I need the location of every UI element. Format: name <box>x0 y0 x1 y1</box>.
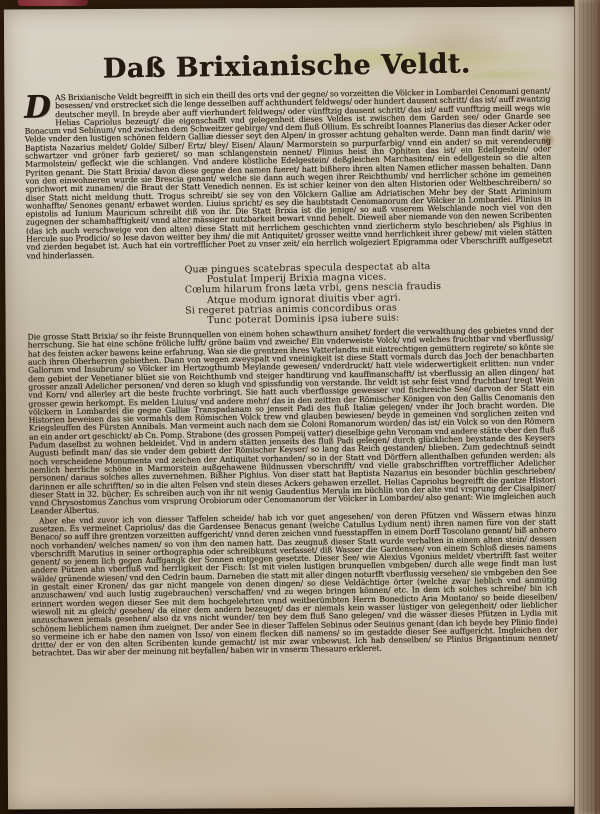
body-paragraph: Die grosse Statt Brixia/ so ihr feiste B… <box>27 326 555 516</box>
paper-stain <box>68 698 268 789</box>
stacked-page-edges <box>574 0 600 814</box>
intro-paragraph: DAS Brixianische Veldt begreifft in sich… <box>24 87 552 260</box>
book-photo: Daß Brixianische Veldt. DAS Brixianische… <box>0 0 600 814</box>
page-edge-red-line <box>595 0 597 814</box>
book-page: Daß Brixianische Veldt. DAS Brixianische… <box>4 7 578 810</box>
body-text: Die grosse Statt Brixia/ so ihr feiste B… <box>27 326 557 658</box>
text-block: Daß Brixianische Veldt. DAS Brixianische… <box>24 48 558 659</box>
drop-cap-initial: D <box>24 94 55 120</box>
body-paragraph: Aber ehe vnd zuvor ich von diesser Taffe… <box>30 510 558 658</box>
book-cover-sliver <box>18 0 88 6</box>
latin-epigram: Quæ pingues scatebras specula despectat … <box>184 260 553 326</box>
intro-paragraph-text: AS Brixianische Veldt begreifft in sich … <box>25 86 553 260</box>
page-title: Daß Brixianische Veldt. <box>24 48 550 85</box>
